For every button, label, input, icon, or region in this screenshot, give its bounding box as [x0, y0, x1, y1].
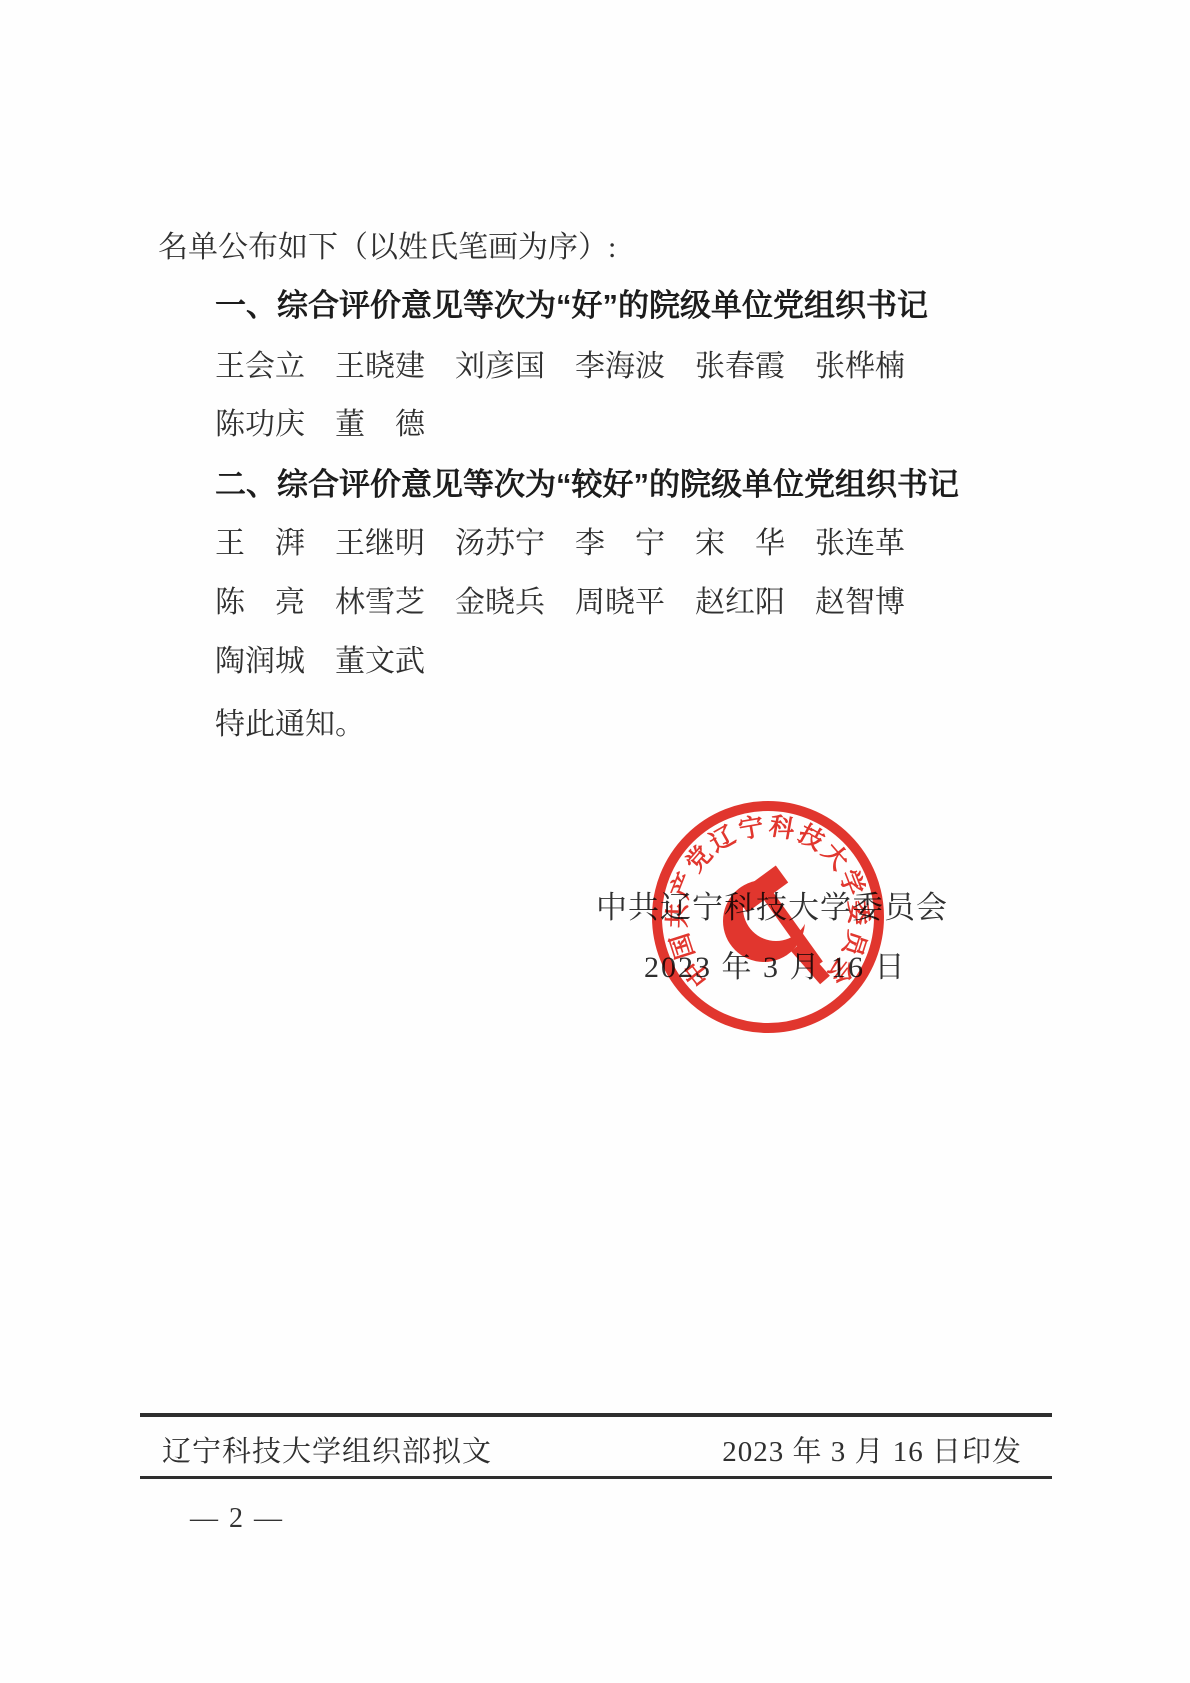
section2-names-line2: 陈 亮 林雪芝 金晓兵 周晓平 赵红阳 赵智博	[215, 584, 905, 622]
seal-graphic: 中国共产党辽宁科技大学委员会	[648, 797, 888, 1037]
page-number: — 2 —	[190, 1500, 284, 1538]
closing-line: 特此通知。	[215, 706, 365, 744]
section1-names-line2: 陈功庆 董 德	[215, 406, 425, 444]
intro-line: 名单公布如下（以姓氏笔画为序）:	[158, 229, 616, 267]
section2-names-line3: 陶润城 董文武	[215, 643, 425, 681]
section2-names-line1: 王 湃 王继明 汤苏宁 李 宁 宋 华 张连革	[215, 525, 905, 563]
hammer-and-sickle-icon	[723, 874, 825, 980]
section1-names-line1: 王会立 王晓建 刘彦国 李海波 张春霞 张桦楠	[215, 348, 905, 386]
section2-heading: 二、综合评价意见等次为“较好”的院级单位党组织书记	[215, 466, 959, 504]
footer-print-date: 2023 年 3 月 16 日印发	[140, 1433, 1022, 1471]
section1-heading: 一、综合评价意见等次为“好”的院级单位党组织书记	[215, 287, 928, 325]
footer-top-rule	[140, 1413, 1052, 1417]
official-seal: 中国共产党辽宁科技大学委员会	[648, 797, 888, 1037]
footer-bottom-rule	[140, 1476, 1052, 1479]
document-page: 名单公布如下（以姓氏笔画为序）: 一、综合评价意见等次为“好”的院级单位党组织书…	[0, 0, 1190, 1683]
